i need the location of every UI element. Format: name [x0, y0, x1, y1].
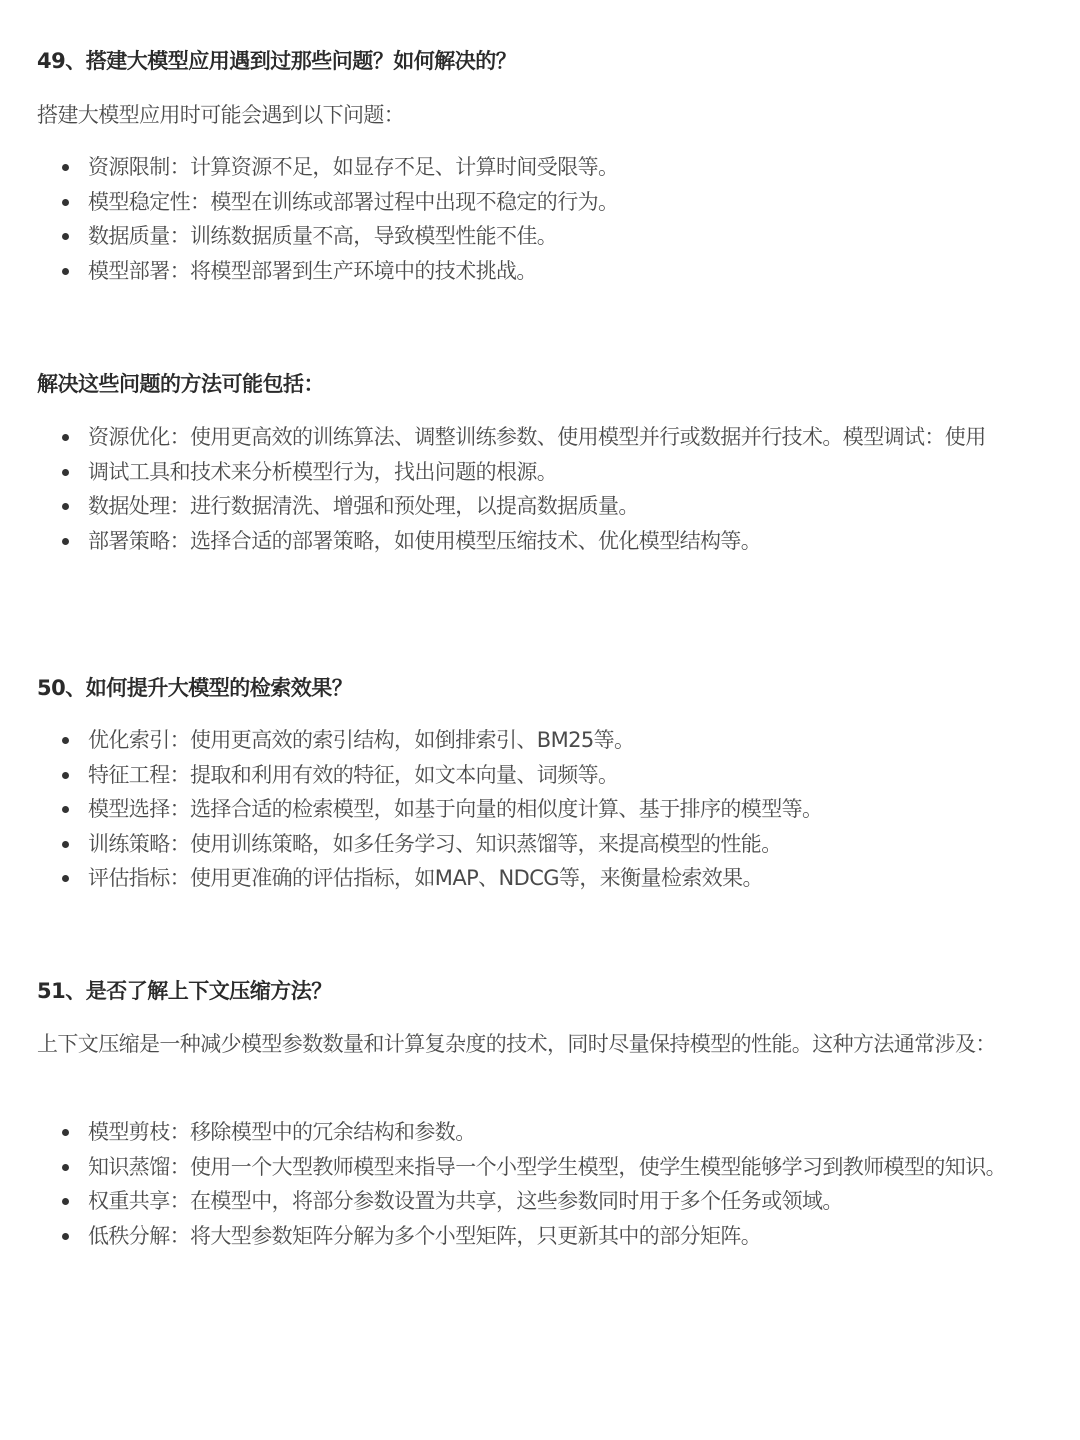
bullet-icon — [62, 469, 69, 476]
list-item: 特征工程：提取和利用有效的特征，如文本向量、词频等。 — [0, 758, 1080, 793]
section-50-title: 50、如何提升大模型的检索效果？ — [37, 672, 352, 702]
bullet-icon — [62, 538, 69, 545]
bullet-icon — [62, 1198, 69, 1205]
bullet-icon — [62, 806, 69, 813]
section-51-list: 模型剪枝：移除模型中的冗余结构和参数。 知识蒸馏：使用一个大型教师模型来指导一个… — [0, 1115, 1080, 1253]
section-49-problem-list: 资源限制：计算资源不足，如显存不足、计算时间受限等。 模型稳定性：模型在训练或部… — [0, 150, 1080, 288]
list-item: 优化索引：使用更高效的索引结构，如倒排索引、BM25等。 — [0, 723, 1080, 758]
section-49-solution-list: 资源优化：使用更高效的训练算法、调整训练参数、使用模型并行或数据并行技术。模型调… — [0, 420, 1080, 558]
section-49-intro: 搭建大模型应用时可能会遇到以下问题： — [37, 98, 1057, 132]
bullet-icon — [62, 503, 69, 510]
document: 49、搭建大模型应用遇到过那些问题？如何解决的？ 搭建大模型应用时可能会遇到以下… — [0, 0, 1080, 1440]
bullet-icon — [62, 199, 69, 206]
list-item: 调试工具和技术来分析模型行为，找出问题的根源。 — [0, 455, 1080, 490]
bullet-icon — [62, 841, 69, 848]
bullet-icon — [62, 1233, 69, 1240]
section-49-title: 49、搭建大模型应用遇到过那些问题？如何解决的？ — [37, 45, 516, 75]
bullet-icon — [62, 233, 69, 240]
list-item: 知识蒸馏：使用一个大型教师模型来指导一个小型学生模型，使学生模型能够学习到教师模… — [0, 1150, 1080, 1185]
list-item: 模型稳定性：模型在训练或部署过程中出现不稳定的行为。 — [0, 185, 1080, 220]
list-item: 数据质量：训练数据质量不高，导致模型性能不佳。 — [0, 219, 1080, 254]
bullet-icon — [62, 268, 69, 275]
section-49-subheading: 解决这些问题的方法可能包括： — [37, 368, 324, 398]
bullet-icon — [62, 164, 69, 171]
bullet-icon — [62, 1129, 69, 1136]
bullet-icon — [62, 1164, 69, 1171]
list-item: 低秩分解：将大型参数矩阵分解为多个小型矩阵，只更新其中的部分矩阵。 — [0, 1219, 1080, 1254]
list-item: 数据处理：进行数据清洗、增强和预处理，以提高数据质量。 — [0, 489, 1080, 524]
section-51-title: 51、是否了解上下文压缩方法？ — [37, 975, 332, 1005]
list-item: 部署策略：选择合适的部署策略，如使用模型压缩技术、优化模型结构等。 — [0, 524, 1080, 559]
list-item: 模型剪枝：移除模型中的冗余结构和参数。 — [0, 1115, 1080, 1150]
bullet-icon — [62, 434, 69, 441]
list-item: 资源优化：使用更高效的训练算法、调整训练参数、使用模型并行或数据并行技术。模型调… — [0, 420, 1080, 455]
list-item: 资源限制：计算资源不足，如显存不足、计算时间受限等。 — [0, 150, 1080, 185]
bullet-icon — [62, 772, 69, 779]
bullet-icon — [62, 875, 69, 882]
section-51-intro: 上下文压缩是一种减少模型参数数量和计算复杂度的技术，同时尽量保持模型的性能。这种… — [37, 1027, 1057, 1061]
list-item: 模型部署：将模型部署到生产环境中的技术挑战。 — [0, 254, 1080, 289]
list-item: 权重共享：在模型中，将部分参数设置为共享，这些参数同时用于多个任务或领域。 — [0, 1184, 1080, 1219]
list-item: 模型选择：选择合适的检索模型，如基于向量的相似度计算、基于排序的模型等。 — [0, 792, 1080, 827]
bullet-icon — [62, 737, 69, 744]
section-50-list: 优化索引：使用更高效的索引结构，如倒排索引、BM25等。 特征工程：提取和利用有… — [0, 723, 1080, 896]
list-item: 评估指标：使用更准确的评估指标，如MAP、NDCG等，来衡量检索效果。 — [0, 861, 1080, 896]
list-item: 训练策略：使用训练策略，如多任务学习、知识蒸馏等，来提高模型的性能。 — [0, 827, 1080, 862]
